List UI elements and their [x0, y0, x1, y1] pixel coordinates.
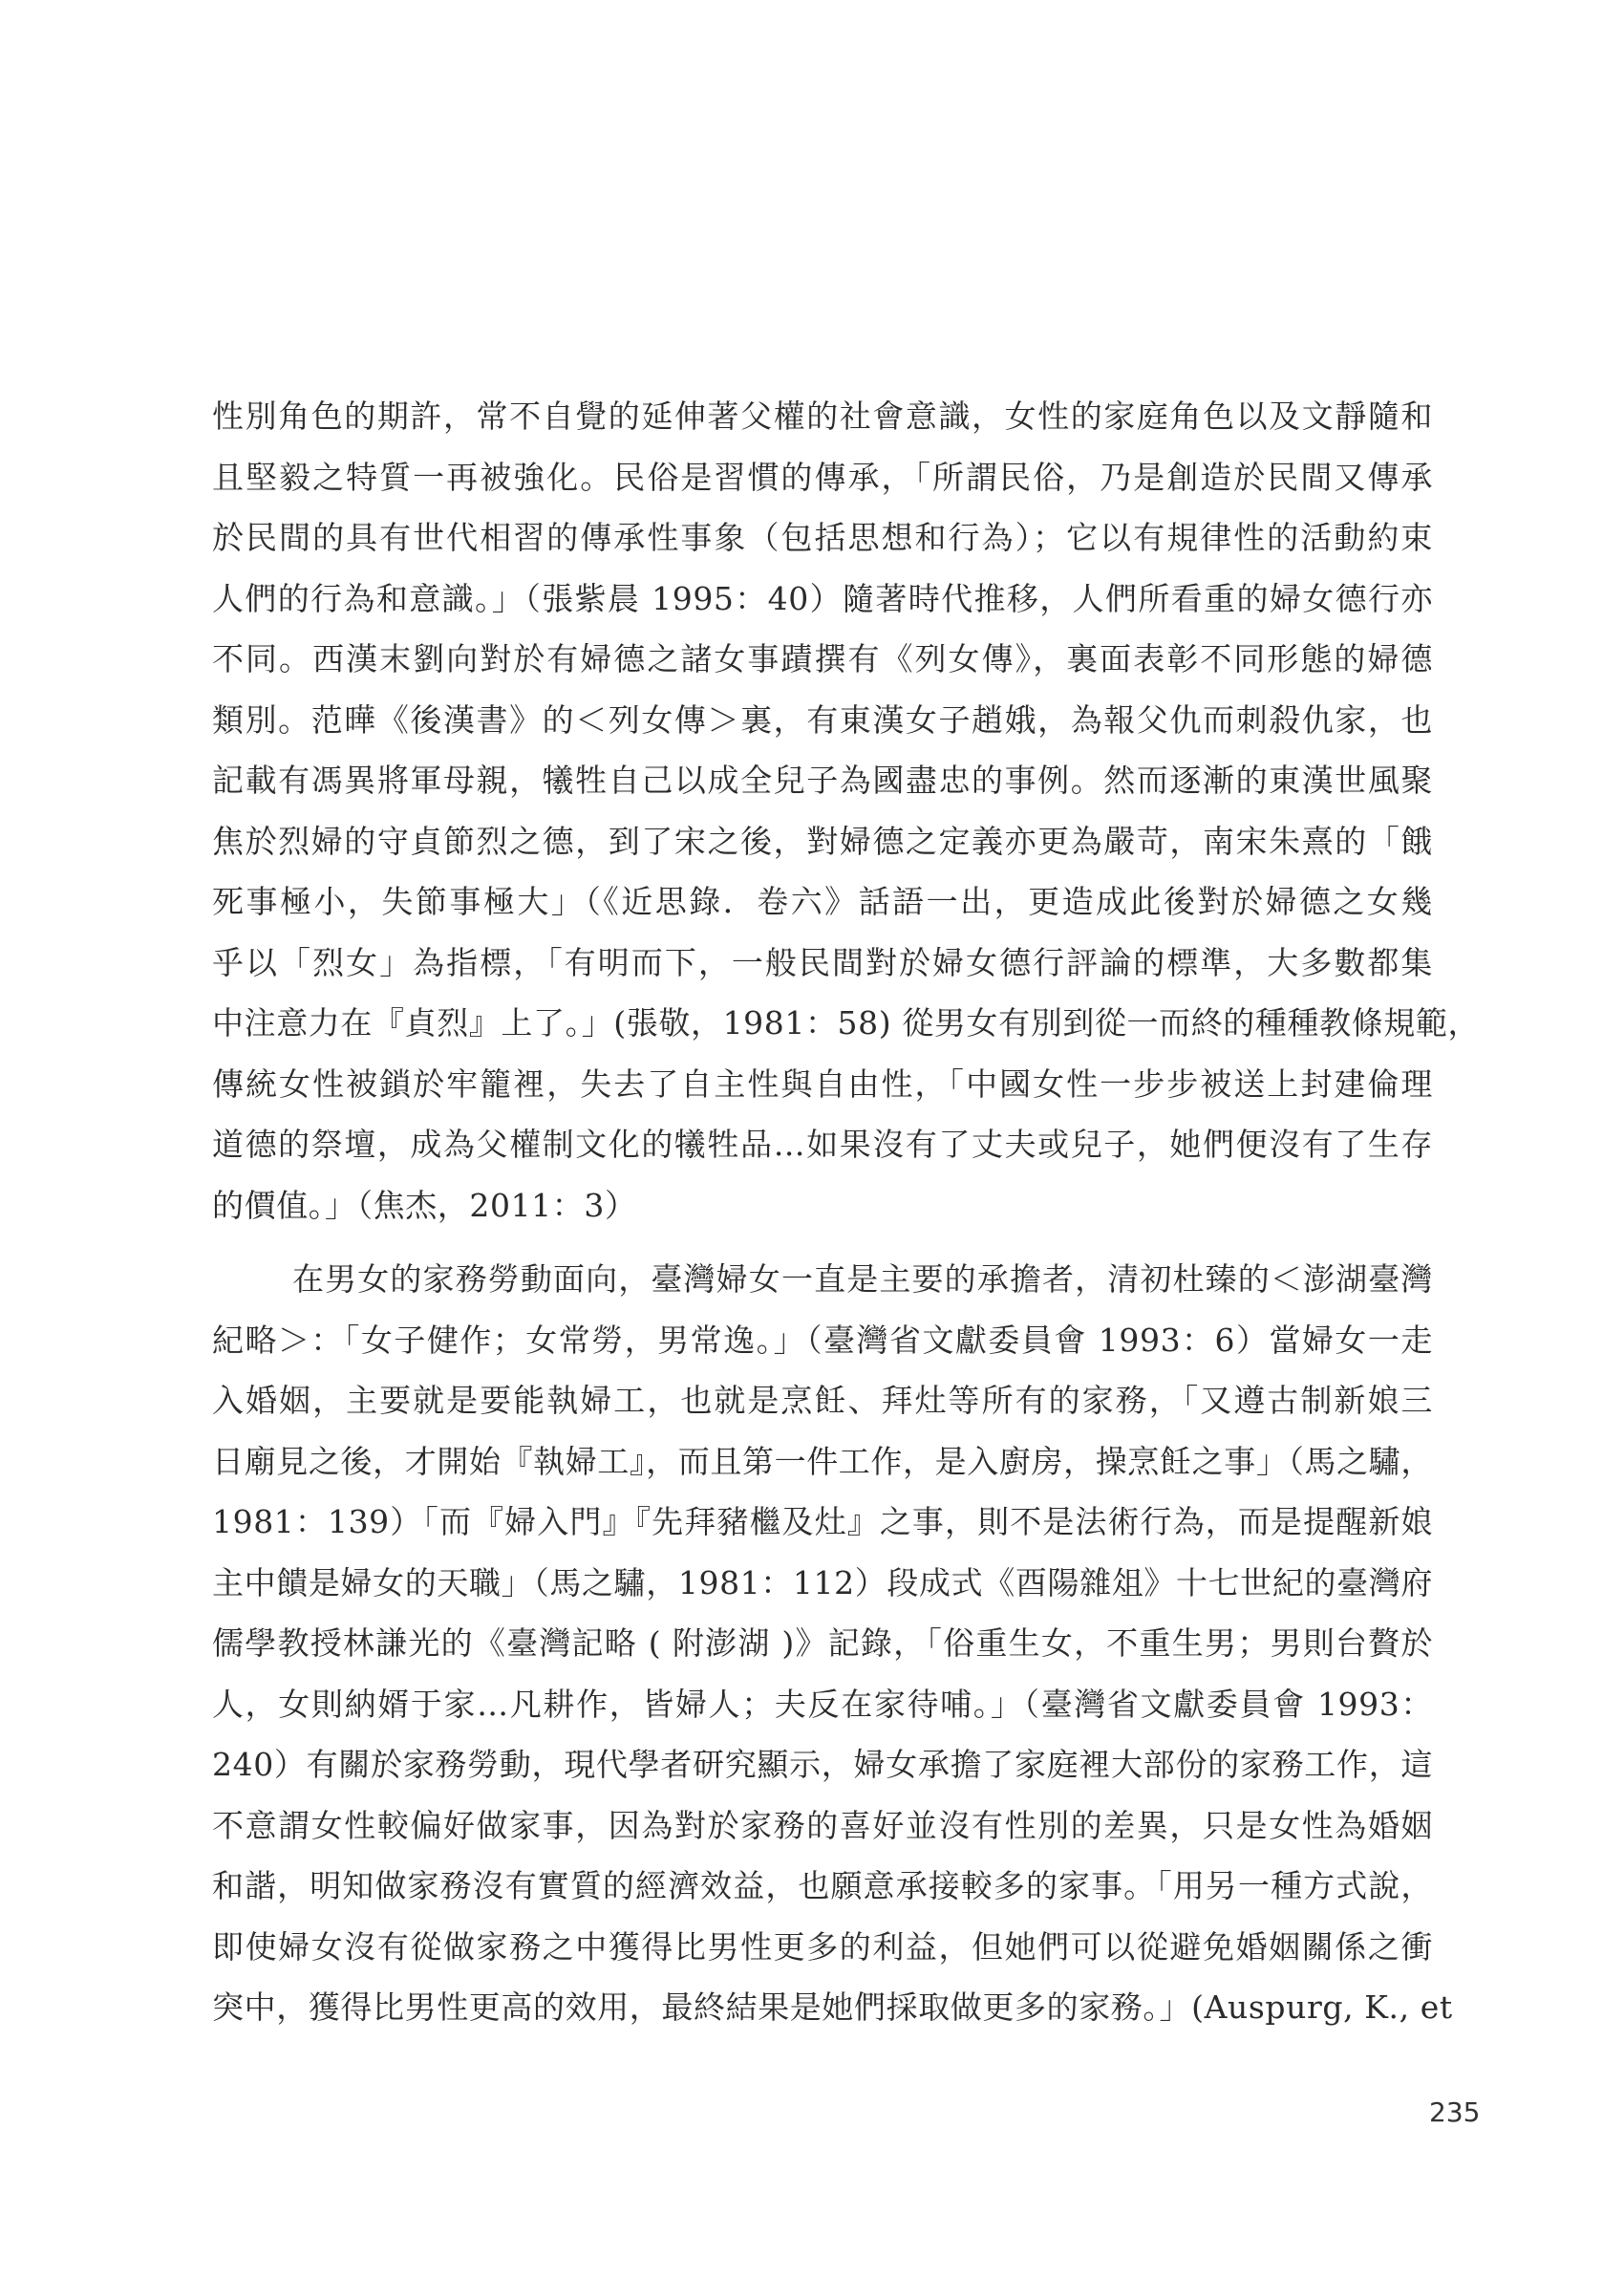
text-line: 傳統女性被鎖於牢籠裡，失去了自主性與自由性，「中國女性一步步被送上封建倫理 [212, 1054, 1433, 1115]
paragraph-gender-roles-virtue: 性別角色的期許，常不自覺的延伸著父權的社會意識，女性的家庭角色以及文靜隨和 且堅… [212, 386, 1433, 1236]
text-line: 人，女則納婿于家…凡耕作，皆婦人；夫反在家待哺。」（臺灣省文獻委員會 1993： [212, 1674, 1433, 1735]
page-number: 235 [1429, 2096, 1480, 2128]
text-line: 性別角色的期許，常不自覺的延伸著父權的社會意識，女性的家庭角色以及文靜隨和 [212, 386, 1433, 447]
text-line: 死事極小，失節事極大」（《近思錄．卷六》話語一出，更造成此後對於婦德之女幾 [212, 871, 1433, 933]
text-line: 且堅毅之特質一再被強化。民俗是習慣的傳承，「所謂民俗，乃是創造於民間又傳承 [212, 447, 1433, 508]
text-line: 乎以「烈女」為指標，「有明而下，一般民間對於婦女德行評論的標準，大多數都集 [212, 933, 1433, 994]
text-line: 日廟見之後，才開始『執婦工』，而且第一件工作，是入廚房，操烹飪之事」（馬之驌， [212, 1431, 1433, 1493]
text-line: 中注意力在『貞烈』上了。」(張敬，1981：58) 從男女有別到從一而終的種種教… [212, 993, 1433, 1054]
text-line: 和諧，明知做家務沒有實質的經濟效益，也願意承接較多的家事。「用另一種方式說， [212, 1856, 1433, 1917]
document-page: 性別角色的期許，常不自覺的延伸著父權的社會意識，女性的家庭角色以及文靜隨和 且堅… [0, 0, 1624, 2278]
text-line: 道德的祭壇，成為父權制文化的犧牲品…如果沒有了丈夫或兒子，她們便沒有了生存 [212, 1114, 1433, 1175]
paragraph-household-labor: 在男女的家務勞動面向，臺灣婦女一直是主要的承擔者，清初杜臻的＜澎湖臺灣 紀略＞：… [212, 1249, 1433, 2038]
text-line: 類別。范曄《後漢書》的＜列女傳＞裏，有東漢女子趙娥，為報父仇而刺殺仇家，也 [212, 690, 1433, 751]
text-line: 主中饋是婦女的天職」（馬之驌，1981：112）段成式《酉陽雜俎》十七世紀的臺灣… [212, 1553, 1433, 1614]
text-line-indented: 在男女的家務勞動面向，臺灣婦女一直是主要的承擔者，清初杜臻的＜澎湖臺灣 [212, 1249, 1433, 1310]
text-line: 紀略＞：「女子健作；女常勞，男常逸。」（臺灣省文獻委員會 1993：6）當婦女一… [212, 1310, 1433, 1371]
text-line: 焦於烈婦的守貞節烈之德，到了宋之後，對婦德之定義亦更為嚴苛，南宋朱熹的「餓 [212, 811, 1433, 872]
text-line: 的價值。」（焦杰，2011：3） [212, 1175, 1433, 1236]
text-line: 不同。西漢末劉向對於有婦德之諸女事蹟撰有《列女傳》，裏面表彰不同形態的婦德 [212, 629, 1433, 690]
text-line: 即使婦女沒有從做家務之中獲得比男性更多的利益，但她們可以從避免婚姻關係之衝 [212, 1917, 1433, 1978]
text-line: 記載有馮異將軍母親，犧牲自己以成全兒子為國盡忠的事例。然而逐漸的東漢世風聚 [212, 750, 1433, 811]
text-line: 儒學教授林謙光的《臺灣記略 ( 附澎湖 )》記錄，「俗重生女，不重生男；男則台贅… [212, 1613, 1433, 1674]
text-line: 不意謂女性較偏好做家事，因為對於家務的喜好並沒有性別的差異，只是女性為婚姻 [212, 1795, 1433, 1857]
text-line: 1981：139）「而『婦入門』『先拜豬檵及灶』之事，則不是法術行為，而是提醒新… [212, 1492, 1433, 1553]
text-line: 於民間的具有世代相習的傳承性事象（包括思想和行為）；它以有規律性的活動約束 [212, 507, 1433, 569]
text-line: 突中，獲得比男性更高的效用，最終結果是她們採取做更多的家務。」(Auspurg,… [212, 1977, 1433, 2038]
text-line: 人們的行為和意識。」（張紫晨 1995：40）隨著時代推移，人們所看重的婦女德行… [212, 569, 1433, 630]
text-line: 240）有關於家務勞動，現代學者研究顯示，婦女承擔了家庭裡大部份的家務工作，這 [212, 1734, 1433, 1795]
text-line: 入婚姻，主要就是要能執婦工，也就是烹飪、拜灶等所有的家務，「又遵古制新娘三 [212, 1370, 1433, 1431]
